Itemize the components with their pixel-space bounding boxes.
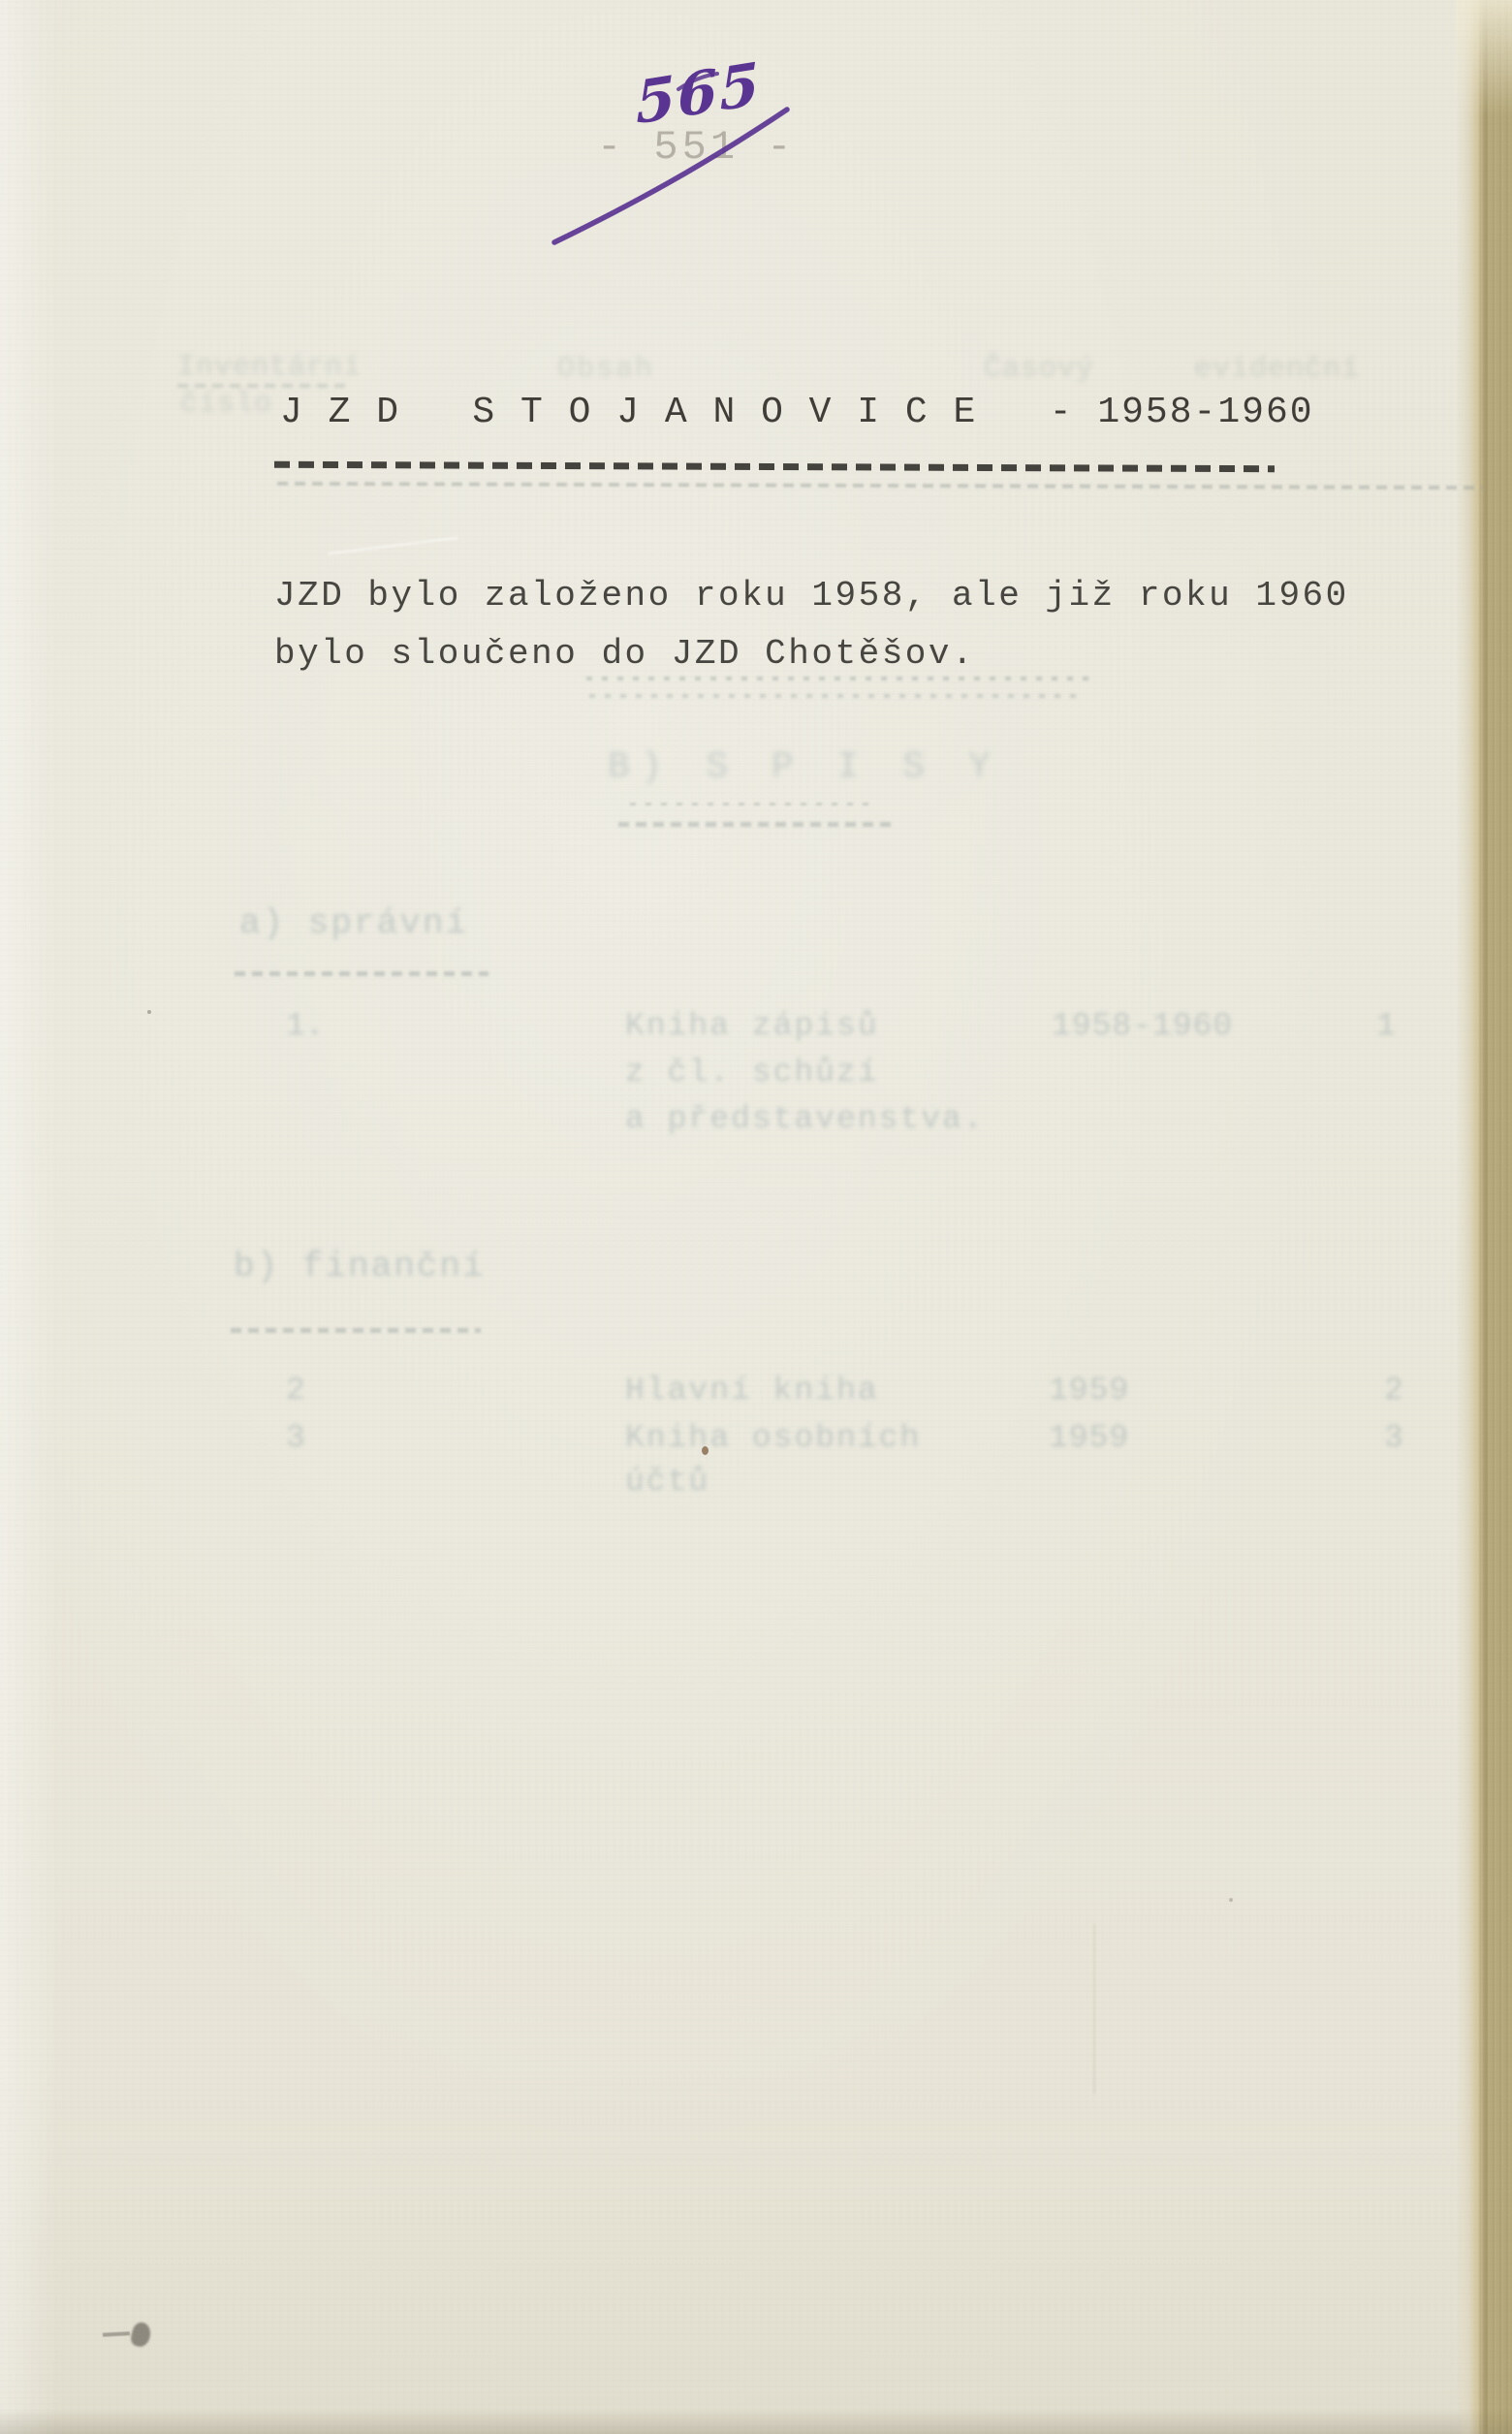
page-title: J Z D S T O J A N O V I C E - 1958-1960 (280, 392, 1314, 433)
ghost-row3-unit: 3 (1384, 1420, 1403, 1456)
ghost-row1-years: 1958-1960 (1052, 1008, 1233, 1044)
brown-speck (702, 1446, 709, 1455)
ghost-row1-number: 1. (286, 1008, 325, 1044)
scanned-archive-page: Inventární číslo Obsah Časový evidenční … (0, 0, 1512, 2434)
ghost-subsection-a: a) správní (239, 903, 468, 943)
ghost-row3-years: 1959 (1049, 1420, 1129, 1456)
ghost-row1-unit: 1 (1376, 1008, 1396, 1044)
ghost-row1-desc2: z čl. schůzí (625, 1055, 879, 1091)
ghost-rule-2 (589, 694, 1079, 698)
ghost-row2-number: 2 (286, 1373, 305, 1408)
ghost-section-dots (630, 803, 874, 806)
small-speck-1 (147, 1010, 151, 1014)
ghost-section-heading: B) S P I S Y (608, 746, 1001, 788)
ghost-row3-desc2: účtů (625, 1464, 709, 1500)
ghost-row2-unit: 2 (1384, 1373, 1403, 1408)
ghost-rule-1 (586, 677, 1090, 680)
ghost-row3-desc1: Kniha osobních (625, 1420, 921, 1456)
handwritten-strike-line (0, 0, 1512, 2434)
ghost-row3-number: 3 (286, 1420, 305, 1456)
ghost-row2-desc1: Hlavní kniha (625, 1373, 879, 1408)
ghost-row1-desc3: a představenstva. (625, 1101, 985, 1137)
ghost-row1-desc1: Kniha zápisů (625, 1008, 879, 1044)
body-text-line-2: bylo sloučeno do JZD Chotěšov. (274, 634, 975, 674)
body-text-line-1: JZD bylo založeno roku 1958, ale již rok… (274, 576, 1349, 616)
ghost-subsection-b-underline (231, 1328, 481, 1333)
ghost-section-underline (618, 822, 892, 827)
bottom-shadow (0, 2409, 1512, 2434)
small-speck-2 (1229, 1898, 1233, 1902)
ghost-row2-years: 1959 (1049, 1373, 1129, 1408)
ghost-subsection-a-underline (235, 971, 488, 976)
ghost-subsection-b: b) finanční (234, 1247, 486, 1286)
